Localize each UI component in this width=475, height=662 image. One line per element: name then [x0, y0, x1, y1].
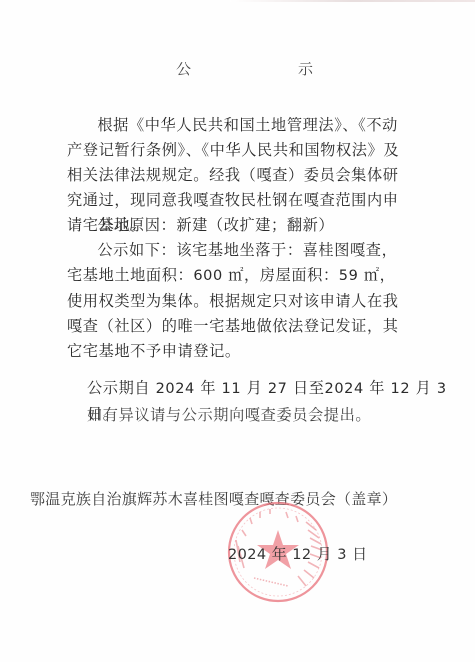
reason-label: 公示原因： — [97, 216, 176, 234]
page-title: 公 示 — [0, 58, 475, 82]
land-area-value: 600 — [193, 268, 222, 284]
objection-text: 如有异议请与公示期向嘎查委员会提出。 — [87, 403, 447, 428]
area-unit: ㎡ — [223, 266, 244, 284]
period-start-month: 11 — [222, 381, 242, 397]
details-mid: ，房屋面积： — [244, 266, 339, 284]
period-end-day: 3 — [437, 381, 447, 397]
notice-page: 公 示 根据《中华人民共和国土地管理法》、《不动产登记暂行条例》、《中华人民共和… — [0, 0, 475, 662]
details-paragraph: 公示如下：该宅基地坐落于：喜桂图嘎查，宅基地土地面积：600 ㎡，房屋面积：59… — [67, 238, 407, 364]
signature-date: 2024 年 12 月 3 日 — [228, 543, 368, 564]
reason-paragraph: 公示原因：新建（改扩建；翻新） — [67, 213, 407, 238]
sign-month: 12 — [292, 547, 311, 563]
house-area-value: 59 — [339, 268, 359, 284]
title-char-2: 示 — [298, 58, 313, 79]
period-start-day: 27 — [268, 381, 288, 397]
period-end-year: 2024 — [325, 381, 364, 397]
reason-value: 新建（改扩建；翻新） — [176, 216, 334, 234]
sign-day: 3 — [337, 547, 347, 563]
sign-year: 2024 — [228, 547, 267, 563]
period-end-month: 12 — [391, 381, 411, 397]
period-prefix: 公示期自 — [87, 379, 156, 397]
period-start-year: 2024 — [156, 381, 195, 397]
title-char-1: 公 — [176, 58, 191, 79]
area-unit-2: ㎡ — [358, 266, 379, 284]
scan-edge — [230, 0, 475, 2]
objection-paragraph: 如有异议请与公示期向嘎查委员会提出。 — [87, 403, 447, 428]
